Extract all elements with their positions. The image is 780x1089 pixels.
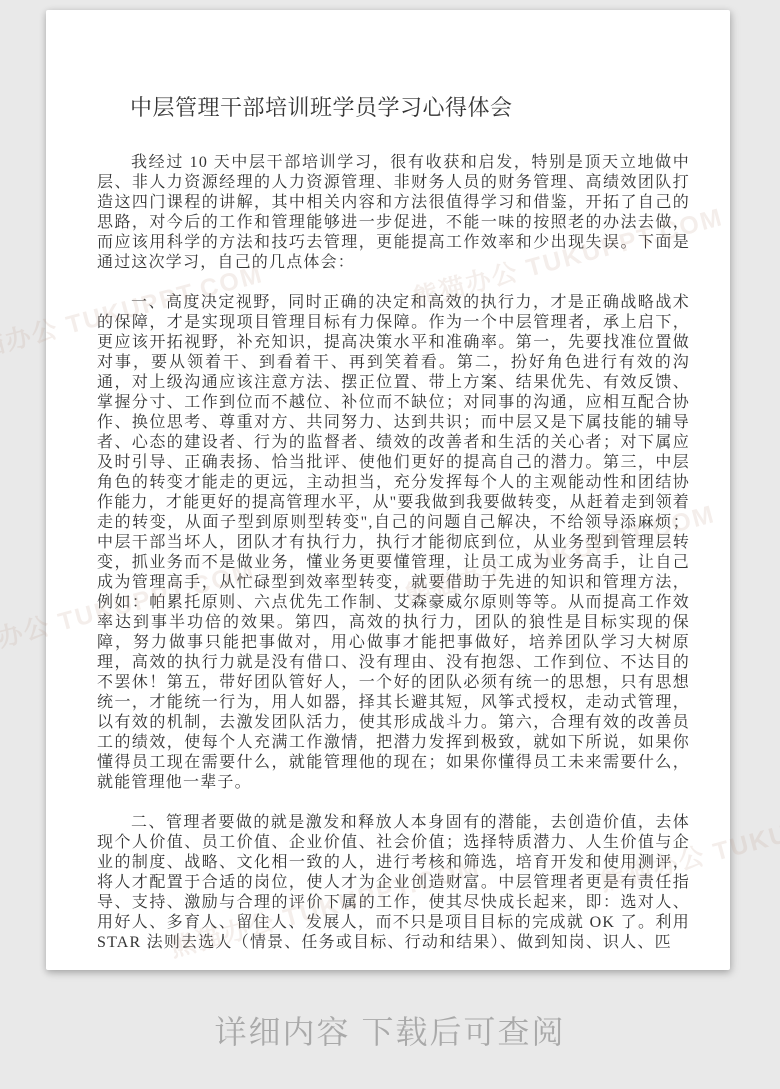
footer-bar: 详细内容 下载后可查阅 [0,970,780,1089]
document-content: 中层管理干部培训班学员学习心得体会 我经过 10 天中层干部培训学习，很有收获和… [46,10,730,970]
document-paragraph: 我经过 10 天中层干部培训学习，很有收获和启发，特别是顶天立地做中层、非人力资… [97,153,690,273]
screenshot-root: 中层管理干部培训班学员学习心得体会 我经过 10 天中层干部培训学习，很有收获和… [0,0,780,1089]
document-page: 中层管理干部培训班学员学习心得体会 我经过 10 天中层干部培训学习，很有收获和… [46,10,730,970]
footer-caption: 详细内容 下载后可查阅 [215,1007,566,1053]
document-title: 中层管理干部培训班学员学习心得体会 [97,91,690,122]
document-paragraph: 二、管理者要做的就是激发和释放人本身固有的潜能，去创造价值，去体现个人价值、员工… [97,813,690,953]
document-paragraph: 一、高度决定视野，同时正确的决定和高效的执行力，才是正确战略战术的保障，才是实现… [97,293,690,793]
